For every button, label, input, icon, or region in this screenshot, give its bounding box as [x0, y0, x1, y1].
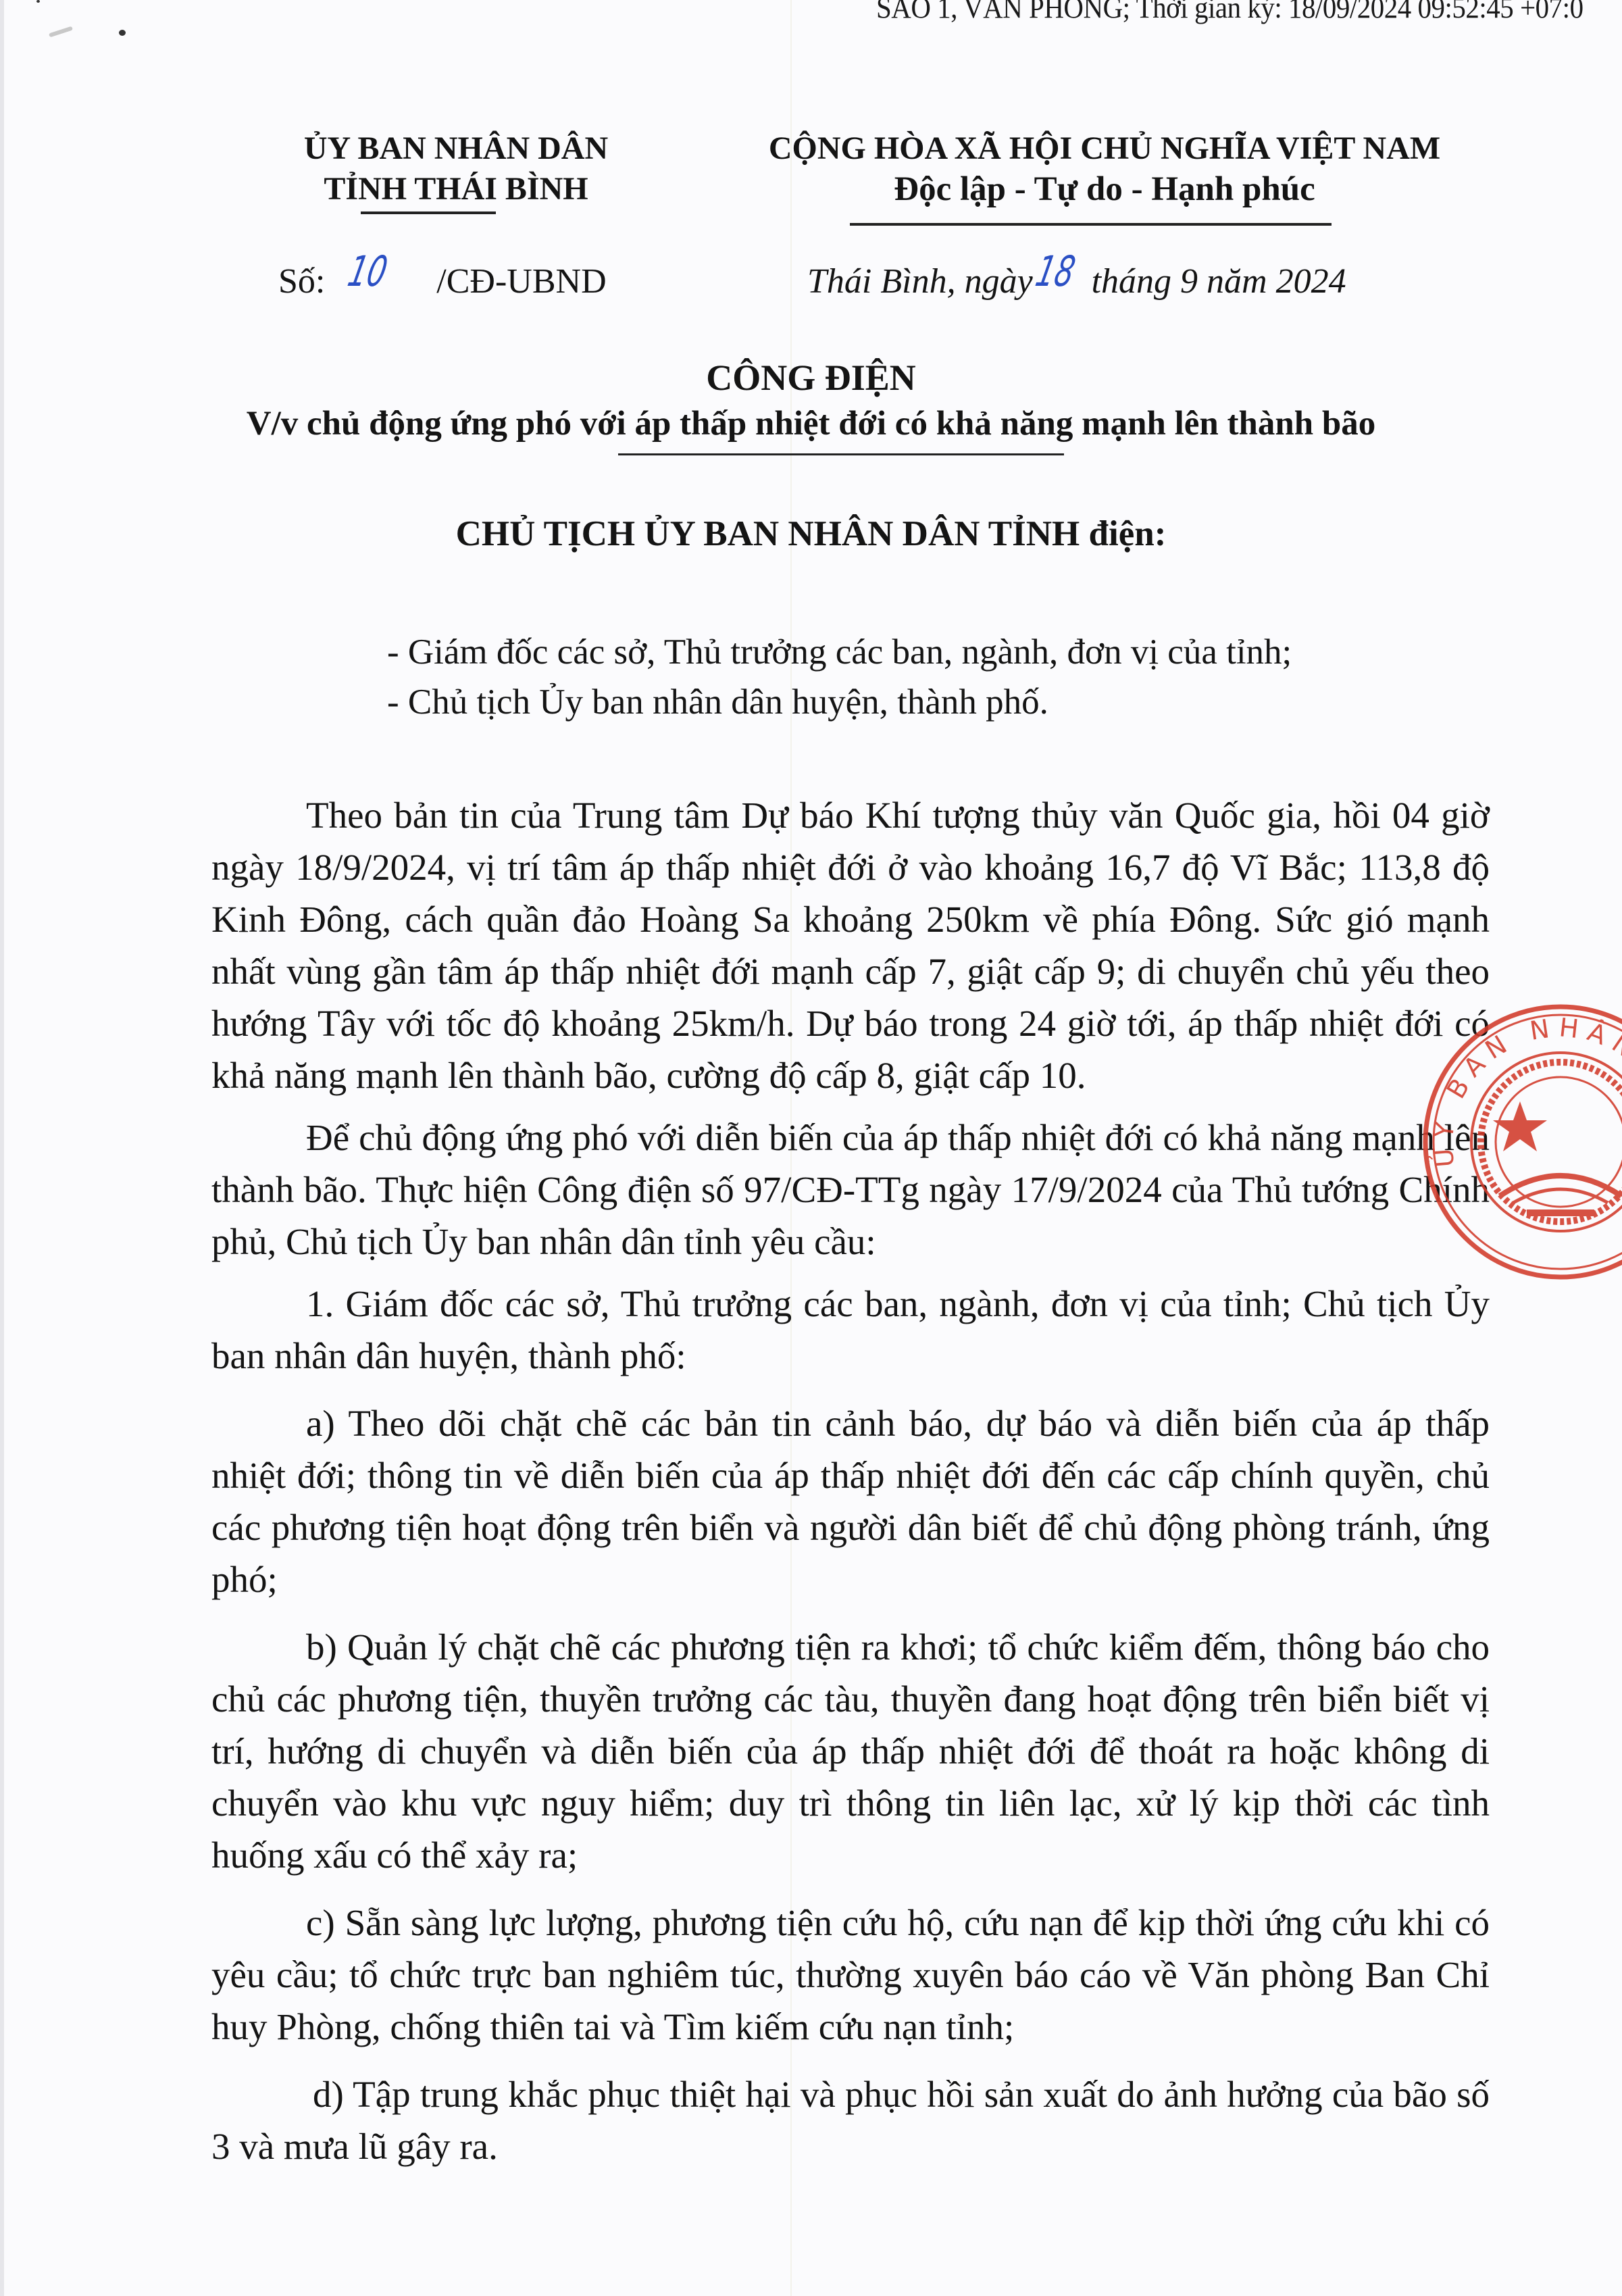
authority-line-1: ỦY BAN NHÂN DÂN — [274, 128, 638, 169]
recipient-item: - Chủ tịch Ủy ban nhân dân huyện, thành … — [387, 677, 1292, 727]
date-prefix: Thái Bình, ngày — [807, 262, 1033, 301]
svg-text:ỦY BAN NHÂN DÂN TỈNH: ỦY BAN NHÂN DÂN TỈNH — [1419, 1000, 1622, 1197]
scan-edge — [0, 0, 4, 2296]
number-suffix: /CĐ-UBND — [436, 262, 606, 301]
subject-underline — [618, 453, 1064, 455]
recipient-list: - Giám đốc các sở, Thủ trưởng các ban, n… — [387, 627, 1292, 727]
digital-signature-banner: SAO 1, VĂN PHÒNG; Thời gian ký: 18/09/20… — [876, 0, 1583, 25]
national-title: CỘNG HÒA XÃ HỘI CHỦ NGHĨA VIỆT NAM Độc l… — [689, 128, 1520, 209]
date-suffix: tháng 9 năm 2024 — [1092, 262, 1346, 301]
scan-speck — [119, 30, 126, 36]
document-body: Theo bản tin của Trung tâm Dự báo Khí tư… — [211, 789, 1490, 2172]
sender-line: CHỦ TỊCH ỦY BAN NHÂN DÂN TỈNH điện: — [0, 514, 1622, 554]
authority-underline — [361, 211, 496, 214]
paragraph-forecast: Theo bản tin của Trung tâm Dự báo Khí tư… — [211, 789, 1490, 1101]
document-subject: V/v chủ động ứng phó với áp thấp nhiệt đ… — [0, 404, 1622, 443]
country-name: CỘNG HÒA XÃ HỘI CHỦ NGHĨA VIỆT NAM — [689, 128, 1520, 169]
directive-item-1: 1. Giám đốc các sở, Thủ trưởng các ban, … — [211, 1278, 1490, 1382]
paragraph-directive-intro: Để chủ động ứng phó với diễn biến của áp… — [211, 1112, 1490, 1268]
recipient-item: - Giám đốc các sở, Thủ trưởng các ban, n… — [387, 627, 1292, 677]
scan-smudge — [49, 26, 73, 38]
directive-item-a: a) Theo dõi chặt chẽ các bản tin cảnh bá… — [211, 1397, 1490, 1605]
place-and-date: Thái Bình, ngày18tháng 9 năm 2024 — [807, 253, 1346, 303]
issuing-authority: ỦY BAN NHÂN DÂN TỈNH THÁI BÌNH — [274, 128, 638, 209]
directive-item-b: b) Quản lý chặt chẽ các phương tiện ra k… — [211, 1621, 1490, 1881]
document-type: CÔNG ĐIỆN — [0, 357, 1622, 399]
handwritten-number: 10 — [344, 247, 392, 296]
directive-item-c: c) Sẵn sàng lực lượng, phương tiện cứu h… — [211, 1897, 1490, 2053]
document-number: Số:10/CĐ-UBND — [278, 253, 607, 303]
handwritten-day: 18 — [1032, 247, 1080, 296]
number-prefix: Số: — [278, 262, 325, 301]
scan-speck — [36, 0, 40, 3]
directive-item-d: d) Tập trung khắc phục thiệt hại và phục… — [211, 2068, 1490, 2172]
official-red-seal: ỦY BAN NHÂN DÂN TỈNH — [1419, 1000, 1622, 1284]
national-motto: Độc lập - Tự do - Hạnh phúc — [689, 169, 1520, 209]
authority-line-2: TỈNH THÁI BÌNH — [274, 169, 638, 209]
motto-underline — [850, 223, 1332, 226]
seal-emblem-icon: ỦY BAN NHÂN DÂN TỈNH — [1419, 1000, 1622, 1284]
